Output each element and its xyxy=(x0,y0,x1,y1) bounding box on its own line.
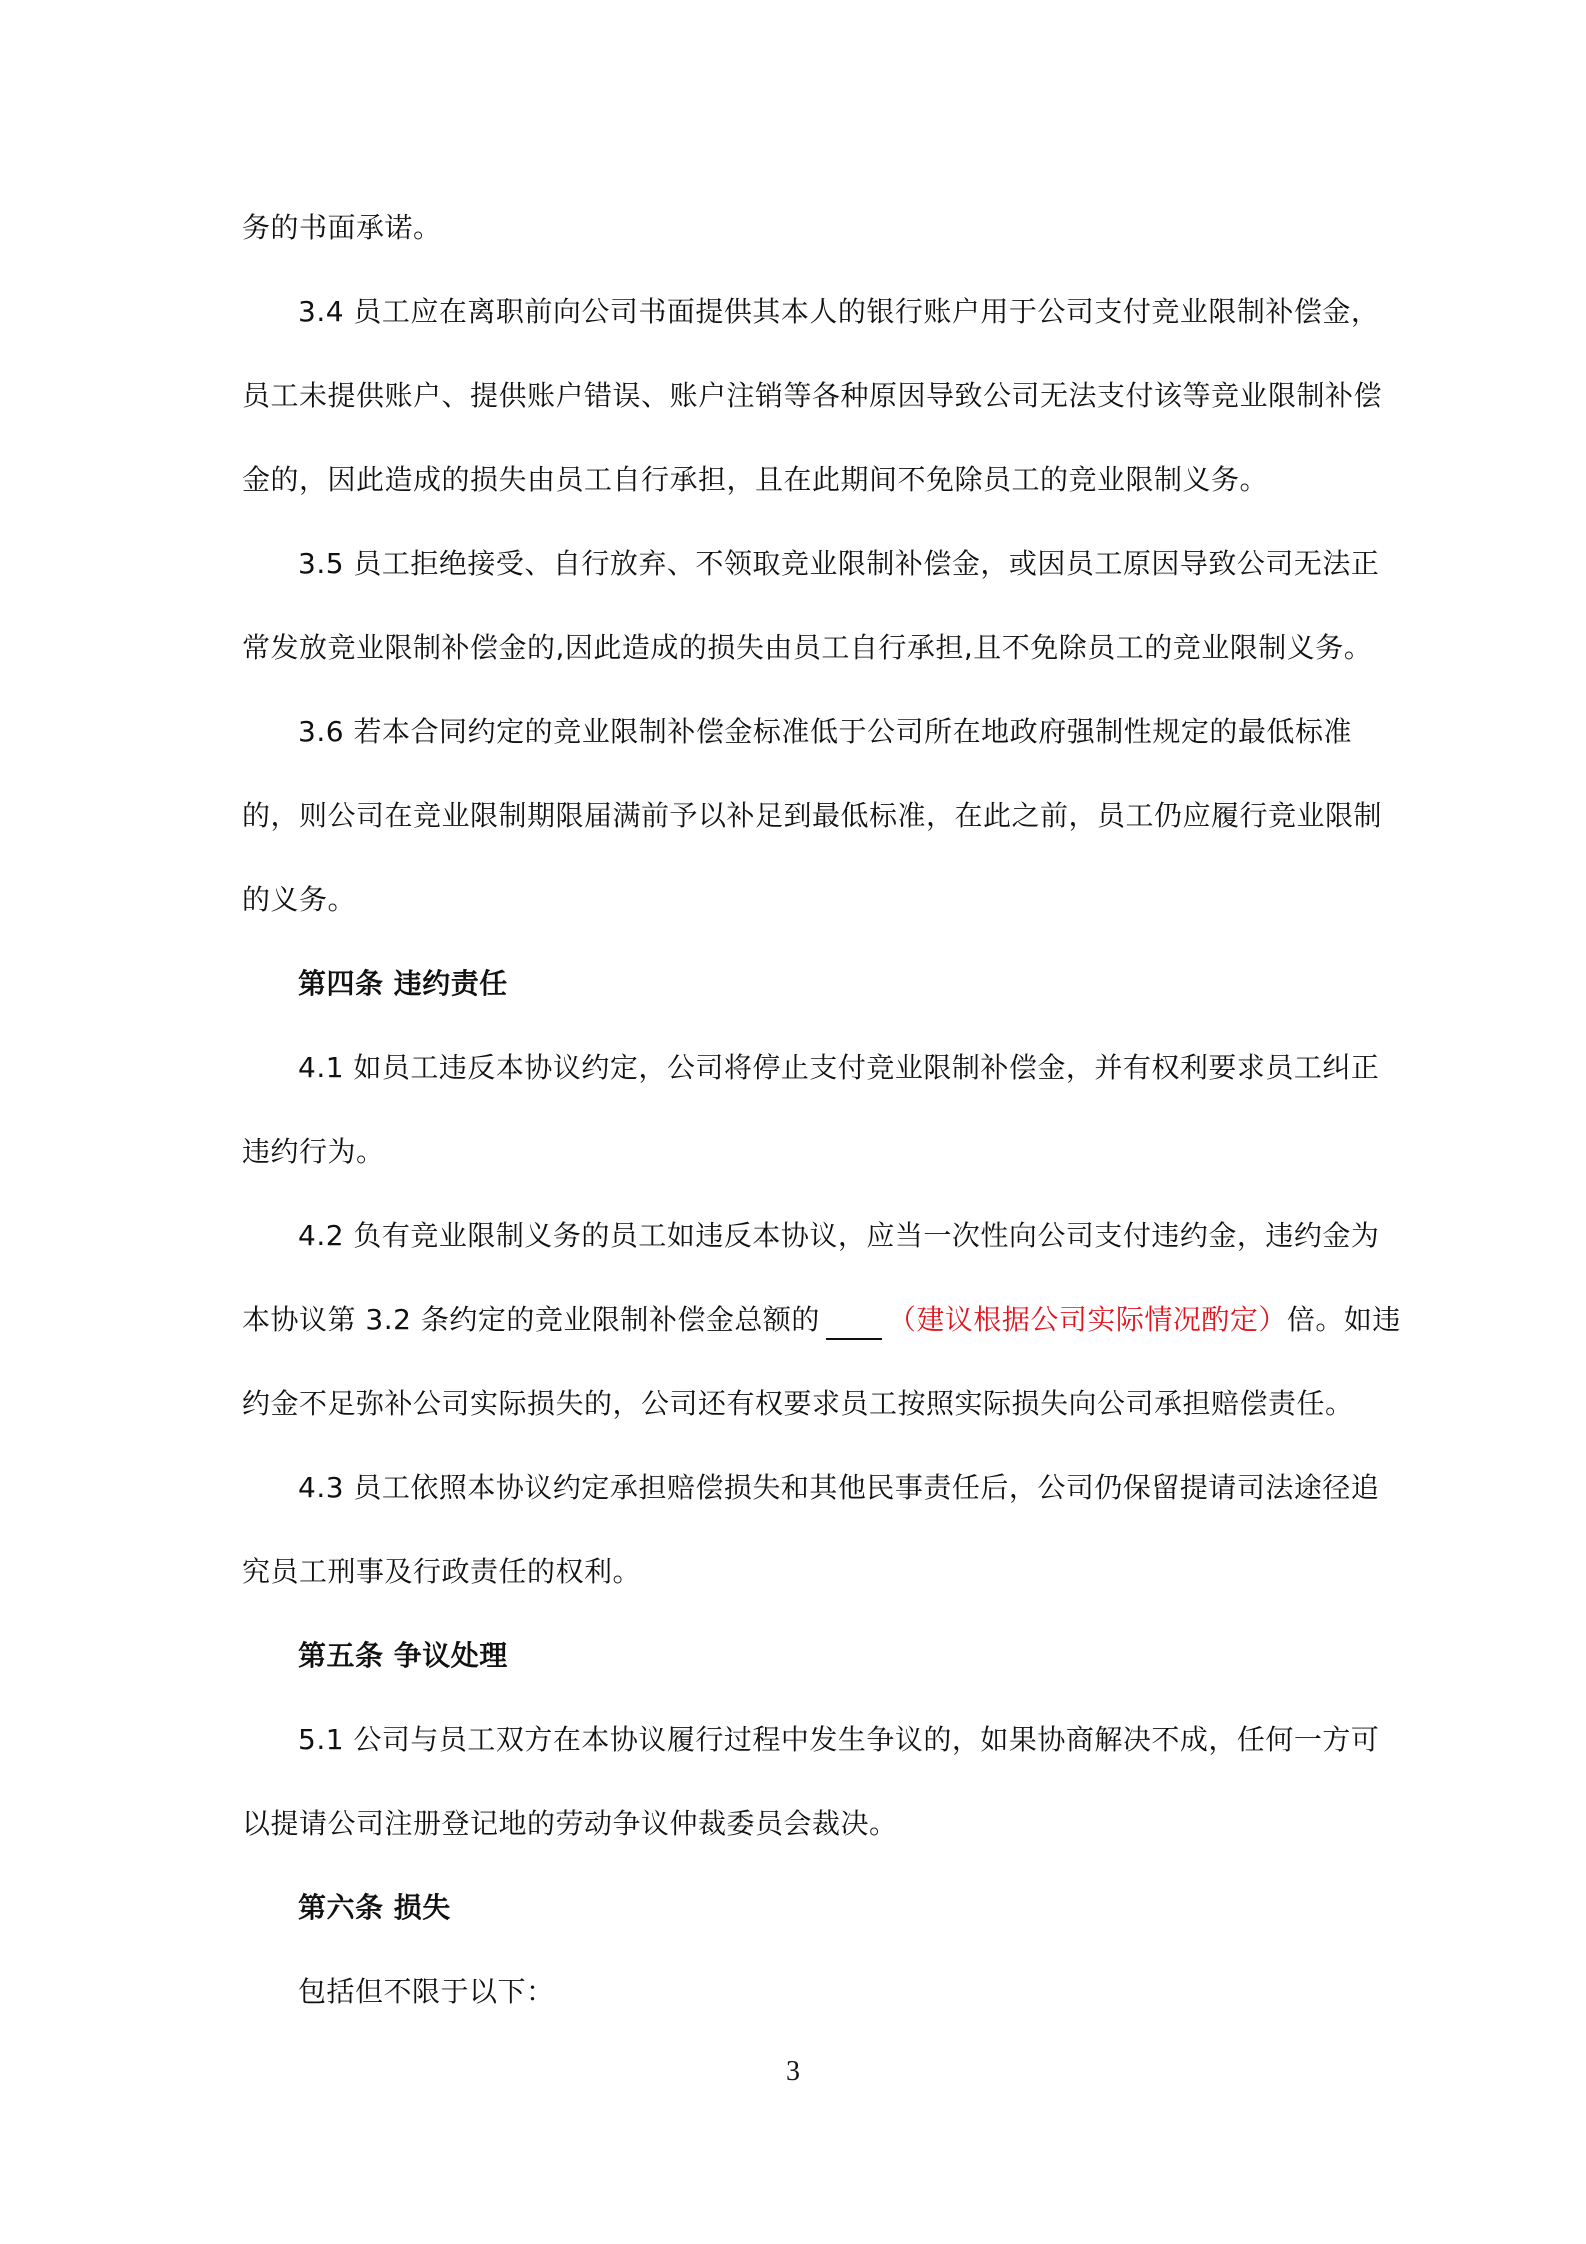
article-4-heading: 第四条 违约责任 xyxy=(298,964,1352,1004)
article-6-heading: 第六条 损失 xyxy=(298,1888,1352,1928)
paragraph-line: 常发放竞业限制补偿金的,因此造成的损失由员工自行承担,且不免除员工的竞业限制义务… xyxy=(242,628,1352,668)
paragraph-line: 约金不足弥补公司实际损失的，公司还有权要求员工按照实际损失向公司承担赔偿责任。 xyxy=(242,1384,1352,1424)
guidance-note: （建议根据公司实际情况酌定） xyxy=(888,1303,1287,1336)
paragraph-line: 务的书面承诺。 xyxy=(242,208,1352,248)
paragraph-line: 以提请公司注册登记地的劳动争议仲裁委员会裁决。 xyxy=(242,1804,1352,1844)
clause-4-3-line: 4.3 员工依照本协议约定承担赔偿损失和其他民事责任后，公司仍保留提请司法途径追 xyxy=(298,1468,1352,1508)
paragraph-line: 的义务。 xyxy=(242,880,1352,920)
paragraph-line: 员工未提供账户、提供账户错误、账户注销等各种原因导致公司无法支付该等竞业限制补偿 xyxy=(242,376,1352,416)
clause-4-2-line: 4.2 负有竞业限制义务的员工如违反本协议，应当一次性向公司支付违约金，违约金为 xyxy=(298,1216,1352,1256)
paragraph-line: 包括但不限于以下： xyxy=(298,1972,1352,2012)
document-page: 务的书面承诺。 3.4 员工应在离职前向公司书面提供其本人的银行账户用于公司支付… xyxy=(0,0,1586,2244)
clause-text: 倍。如违 xyxy=(1287,1303,1401,1336)
paragraph-line: 金的，因此造成的损失由员工自行承担，且在此期间不免除员工的竞业限制义务。 xyxy=(242,460,1352,500)
clause-4-2-multiplier-line: 本协议第 3.2 条约定的竞业限制补偿金总额的（建议根据公司实际情况酌定）倍。如… xyxy=(242,1300,1352,1340)
paragraph-line: 究员工刑事及行政责任的权利。 xyxy=(242,1552,1352,1592)
multiplier-blank-field[interactable] xyxy=(826,1308,882,1340)
paragraph-line: 违约行为。 xyxy=(242,1132,1352,1172)
paragraph-line: 的，则公司在竞业限制期限届满前予以补足到最低标准，在此之前，员工仍应履行竞业限制 xyxy=(242,796,1352,836)
clause-3-4-line: 3.4 员工应在离职前向公司书面提供其本人的银行账户用于公司支付竞业限制补偿金， xyxy=(298,292,1352,332)
clause-5-1-line: 5.1 公司与员工双方在本协议履行过程中发生争议的，如果协商解决不成，任何一方可 xyxy=(298,1720,1352,1760)
clause-3-5-line: 3.5 员工拒绝接受、自行放弃、不领取竞业限制补偿金，或因员工原因导致公司无法正 xyxy=(298,544,1352,584)
clause-text: 本协议第 3.2 条约定的竞业限制补偿金总额的 xyxy=(242,1303,820,1336)
clause-3-6-line: 3.6 若本合同约定的竞业限制补偿金标准低于公司所在地政府强制性规定的最低标准 xyxy=(298,712,1352,752)
page-number: 3 xyxy=(0,2056,1586,2088)
article-5-heading: 第五条 争议处理 xyxy=(298,1636,1352,1676)
clause-4-1-line: 4.1 如员工违反本协议约定，公司将停止支付竞业限制补偿金，并有权利要求员工纠正 xyxy=(298,1048,1352,1088)
